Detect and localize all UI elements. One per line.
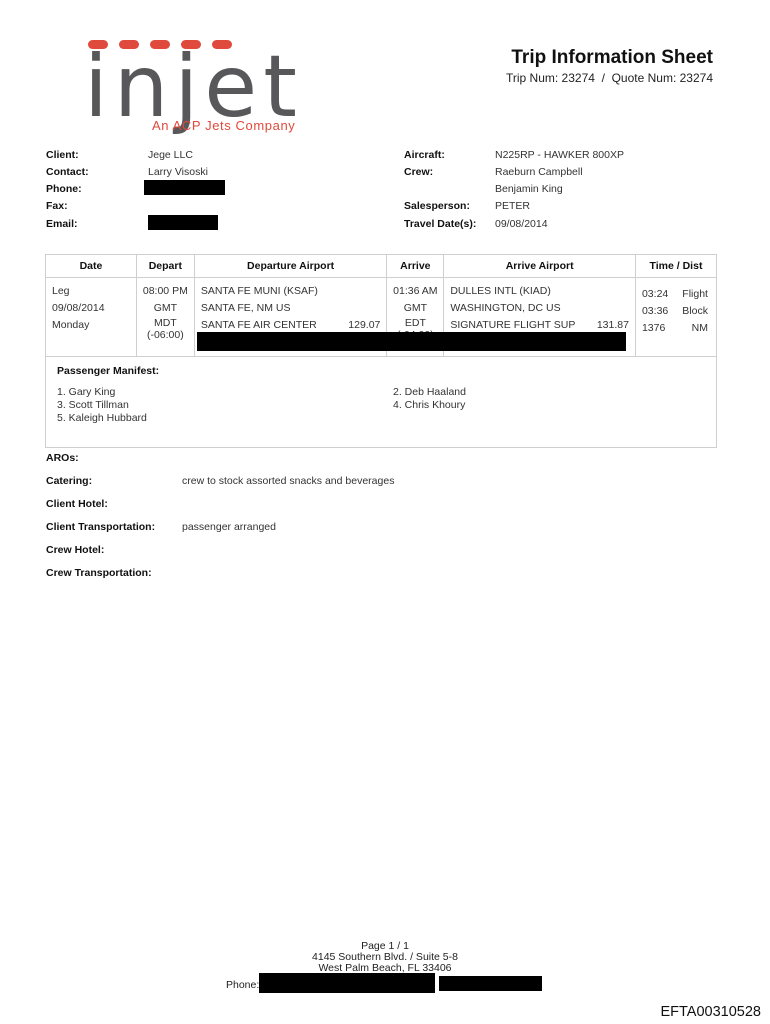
leg-redaction [197,332,626,351]
logo-tagline: An ACP Jets Company [152,118,295,133]
passenger-list: 1. Gary King 2. Deb Haaland 3. Scott Til… [57,386,705,425]
contact-label: Contact: [46,166,89,178]
passenger-item: 4. Chris Khoury [393,399,693,412]
depart-zone: GMT [139,300,192,317]
passenger-item: 3. Scott Tillman [57,399,393,412]
block-time: 03:36 [642,303,668,320]
leg-date: 09/08/2014 [52,300,130,317]
phone-redaction [144,180,225,195]
footer-phone-label: Phone: [226,979,259,991]
client-hotel-label: Client Hotel: [46,498,108,510]
leg-table-header: Date Depart Departure Airport Arrive Arr… [46,255,717,278]
flight-time: 03:24 [642,286,668,303]
client-value: Jege LLC [148,149,193,161]
flight-time-row: 03:24 Flight [642,286,708,303]
footer-redaction [259,973,435,993]
header-departure-airport: Departure Airport [194,255,387,278]
depart-offset: MDT (-06:00) [139,317,192,341]
manifest-row: Passenger Manifest: 1. Gary King 2. Deb … [46,357,717,448]
catering-label: Catering: [46,475,92,487]
page-title: Trip Information Sheet [511,47,713,69]
client-transportation-label: Client Transportation: [46,521,155,533]
distance: 1376 [642,320,665,337]
aros-label: AROs: [46,452,79,464]
email-label: Email: [46,218,78,230]
header-arrive-airport: Arrive Airport [444,255,636,278]
crew-member: Benjamin King [495,183,563,195]
depart-time: 08:00 PM [139,283,192,300]
block-time-row: 03:36 Block [642,303,708,320]
arrive-city: WASHINGTON, DC US [450,300,629,317]
salesperson-label: Salesperson: [404,200,470,212]
catering-value: crew to stock assorted snacks and bevera… [182,475,394,487]
footer-redaction [439,976,542,991]
flight-time-label: Flight [682,286,708,303]
page-footer: Page 1 / 1 4145 Southern Blvd. / Suite 5… [0,941,770,974]
injet-logo: injet An ACP Jets Company [84,40,374,135]
crew-hotel-label: Crew Hotel: [46,544,104,556]
distance-unit: NM [692,320,708,337]
leg-label: Leg [52,283,130,300]
salesperson-value: PETER [495,200,530,212]
header-arrive: Arrive [387,255,444,278]
departure-airport: SANTA FE MUNI (KSAF) [201,283,381,300]
header-time-dist: Time / Dist [635,255,716,278]
leg-table: Date Depart Departure Airport Arrive Arr… [45,254,717,448]
passenger-item: 5. Kaleigh Hubbard [57,412,393,425]
document-id: EFTA00310528 [661,1004,762,1020]
aircraft-value: N225RP - HAWKER 800XP [495,149,624,161]
passenger-manifest: Passenger Manifest: 1. Gary King 2. Deb … [46,357,717,448]
travel-dates-value: 09/08/2014 [495,218,548,230]
aircraft-label: Aircraft: [404,149,445,161]
header-date: Date [46,255,137,278]
leg-date-cell: Leg 09/08/2014 Monday [46,278,137,357]
header-depart: Depart [136,255,194,278]
departure-city: SANTA FE, NM US [201,300,381,317]
client-transportation-value: passenger arranged [182,521,276,533]
crew-member: Raeburn Campbell [495,166,583,178]
fax-label: Fax: [46,200,68,212]
passenger-item: 2. Deb Haaland [393,386,693,399]
phone-label: Phone: [46,183,82,195]
arrive-airport: DULLES INTL (KIAD) [450,283,629,300]
travel-dates-label: Travel Date(s): [404,218,476,230]
time-dist-cell: 03:24 Flight 03:36 Block 1376 NM [635,278,716,357]
crew-label: Crew: [404,166,433,178]
leg-weekday: Monday [52,317,130,334]
email-redaction [148,215,218,230]
manifest-title: Passenger Manifest: [57,365,705,378]
arrive-time: 01:36 AM [389,283,441,300]
crew-transportation-label: Crew Transportation: [46,567,152,579]
block-time-label: Block [682,303,708,320]
distance-row: 1376 NM [642,320,708,337]
depart-cell: 08:00 PM GMT MDT (-06:00) [136,278,194,357]
trip-quote-numbers: Trip Num: 23274 / Quote Num: 23274 [506,71,713,85]
contact-value: Larry Visoski [148,166,208,178]
passenger-item: 1. Gary King [57,386,393,399]
client-label: Client: [46,149,79,161]
arrive-zone: GMT [389,300,441,317]
